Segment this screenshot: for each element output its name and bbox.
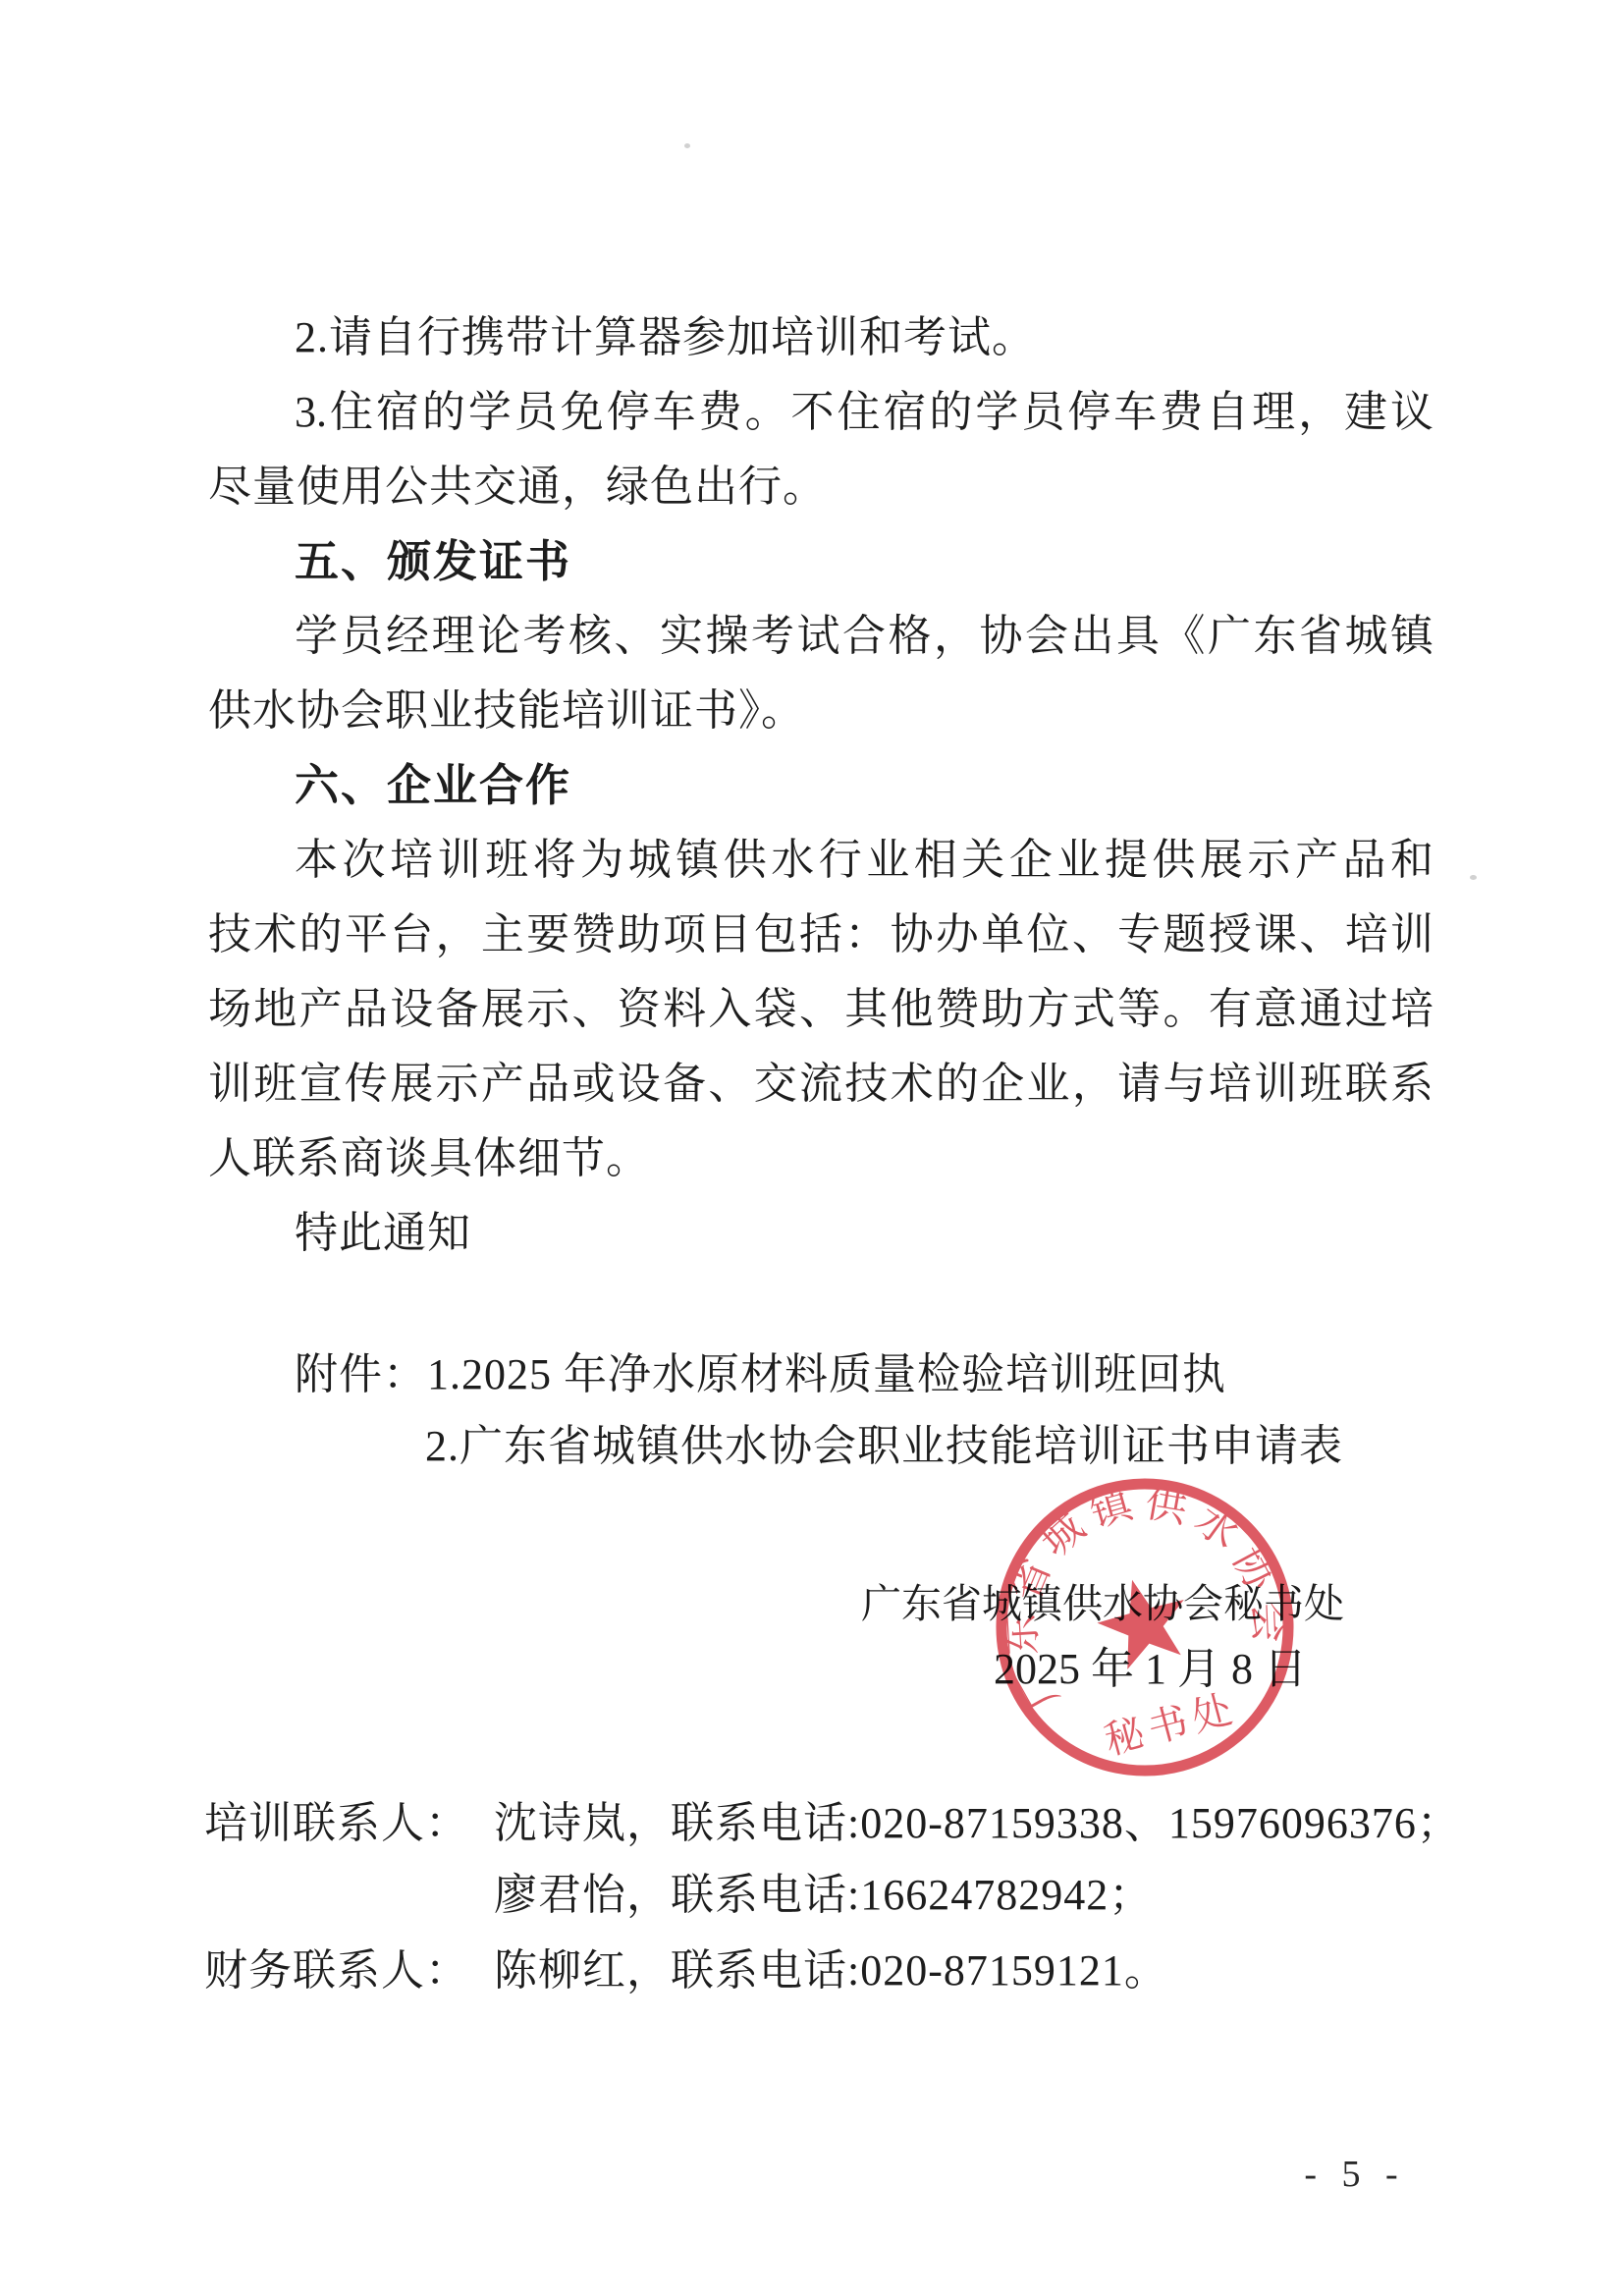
body-line: 供水协会职业技能培训证书》。 <box>208 676 1434 746</box>
body-line: 2.请自行携带计算器参加培训和考试。 <box>208 302 1434 373</box>
section-heading: 五、颁发证书 <box>208 526 1434 597</box>
body-line: 特此通知 <box>208 1198 1434 1269</box>
contact-label: 财务联系人： <box>204 1936 469 2006</box>
attachment-item: 1.2025 年净水原材料质量检验培训班回执 <box>427 1350 1226 1398</box>
contact-value: 陈柳红，联系电话:020-87159121。 <box>494 1936 1168 2006</box>
attachment-line: 附件：1.2025 年净水原材料质量检验培训班回执 <box>295 1339 1226 1410</box>
contact-value: 廖君怡，联系电话:16624782942； <box>494 1860 1153 1931</box>
document-page: 2.请自行携带计算器参加培训和考试。 3.住宿的学员免停车费。不住宿的学员停车费… <box>0 0 1623 2296</box>
body-line: 本次培训班将为城镇供水行业相关企业提供展示产品和 <box>208 825 1434 896</box>
attachment-label: 附件： <box>295 1350 427 1398</box>
signature-org: 广东省城镇供水协会秘书处 <box>861 1568 1344 1639</box>
contact-value: 沈诗岚，联系电话:020-87159338、15976096376； <box>494 1788 1461 1859</box>
scan-speck <box>1470 875 1477 880</box>
section-heading: 六、企业合作 <box>208 750 1434 821</box>
body-line: 学员经理论考核、实操考试合格，协会出具《广东省城镇 <box>208 601 1434 672</box>
attachment-line: 2.广东省城镇供水协会职业技能培训证书申请表 <box>425 1411 1343 1482</box>
body-line: 技术的平台，主要赞助项目包括：协办单位、专题授课、培训 <box>208 900 1434 970</box>
body-line: 场地产品设备展示、资料入袋、其他赞助方式等。有意通过培 <box>208 974 1434 1045</box>
body-line: 人联系商谈具体细节。 <box>208 1123 1434 1194</box>
page-number: - 5 - <box>1276 2153 1434 2196</box>
body-line: 训班宣传展示产品或设备、交流技术的企业，请与培训班联系 <box>208 1049 1434 1120</box>
signature-date: 2025 年 1 月 8 日 <box>994 1634 1307 1705</box>
attachment-item: 2.广东省城镇供水协会职业技能培训证书申请表 <box>425 1422 1343 1470</box>
body-line: 3.住宿的学员免停车费。不住宿的学员停车费自理，建议 <box>208 377 1434 448</box>
contact-label: 培训联系人： <box>204 1788 469 1859</box>
scan-speck <box>684 143 690 148</box>
body-line: 尽量使用公共交通，绿色出行。 <box>208 452 1434 522</box>
